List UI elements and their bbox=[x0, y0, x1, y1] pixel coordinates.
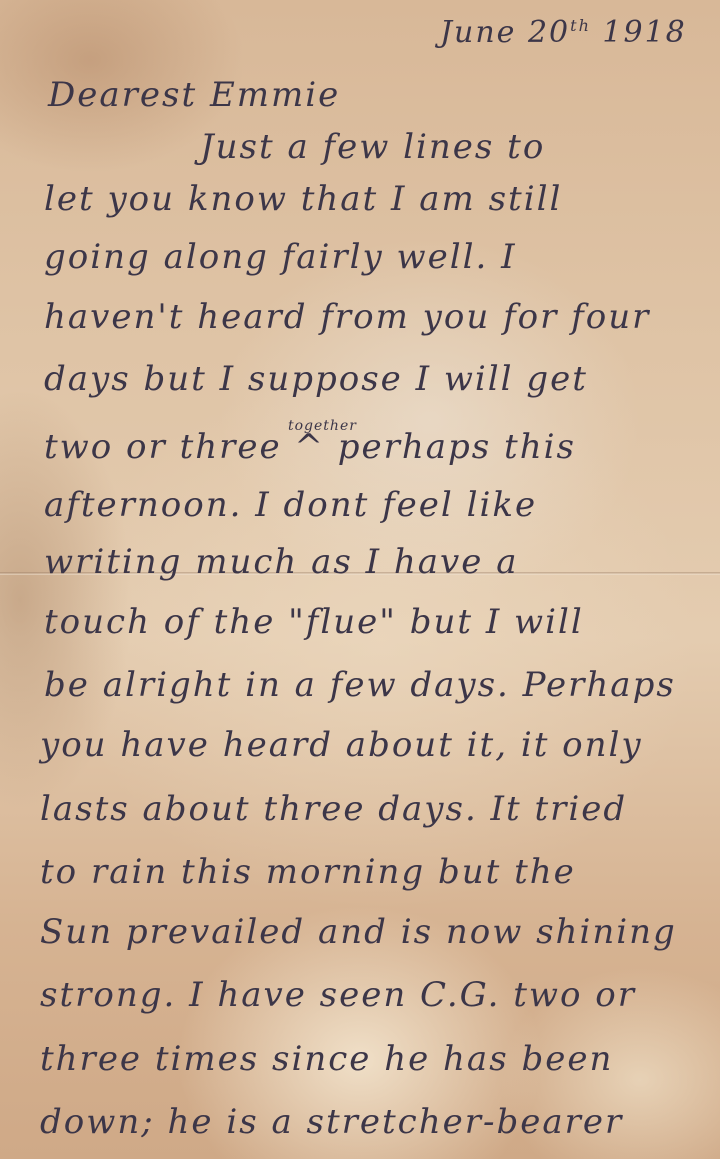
letter-line: down; he is a stretcher-bearer bbox=[40, 1105, 623, 1139]
letter-line: three times since he has been bbox=[40, 1042, 613, 1076]
letter-line: afternoon. I dont feel like bbox=[44, 488, 537, 522]
date-year: 1918 bbox=[602, 15, 686, 50]
letter-line: to rain this morning but the bbox=[40, 855, 576, 889]
date-ordinal: th bbox=[570, 16, 591, 35]
date-month-day: June 20 bbox=[440, 15, 570, 50]
letter-line: writing much as I have a bbox=[44, 545, 518, 579]
letter-line: two or three ^ perhaps this bbox=[44, 430, 576, 464]
letter-date: June 20th 1918 bbox=[440, 18, 687, 48]
letter-line: Just a few lines to bbox=[200, 130, 545, 164]
letter-line: you have heard about it, it only bbox=[40, 728, 643, 762]
letter-page: June 20th 1918 Dearest Emmie Just a few … bbox=[0, 0, 720, 1159]
letter-line: haven't heard from you for four bbox=[44, 300, 650, 334]
salutation: Dearest Emmie bbox=[48, 78, 340, 112]
letter-line: strong. I have seen C.G. two or bbox=[40, 978, 636, 1012]
letter-line: Sun prevailed and is now shining bbox=[40, 915, 677, 949]
letter-line: be alright in a few days. Perhaps bbox=[44, 668, 676, 702]
letter-line: days but I suppose I will get bbox=[44, 362, 588, 396]
letter-line: touch of the "flue" but I will bbox=[44, 605, 584, 639]
letter-line: lasts about three days. It tried bbox=[40, 792, 627, 826]
letter-line: going along fairly well. I bbox=[44, 240, 517, 274]
letter-line: let you know that I am still bbox=[44, 182, 562, 216]
